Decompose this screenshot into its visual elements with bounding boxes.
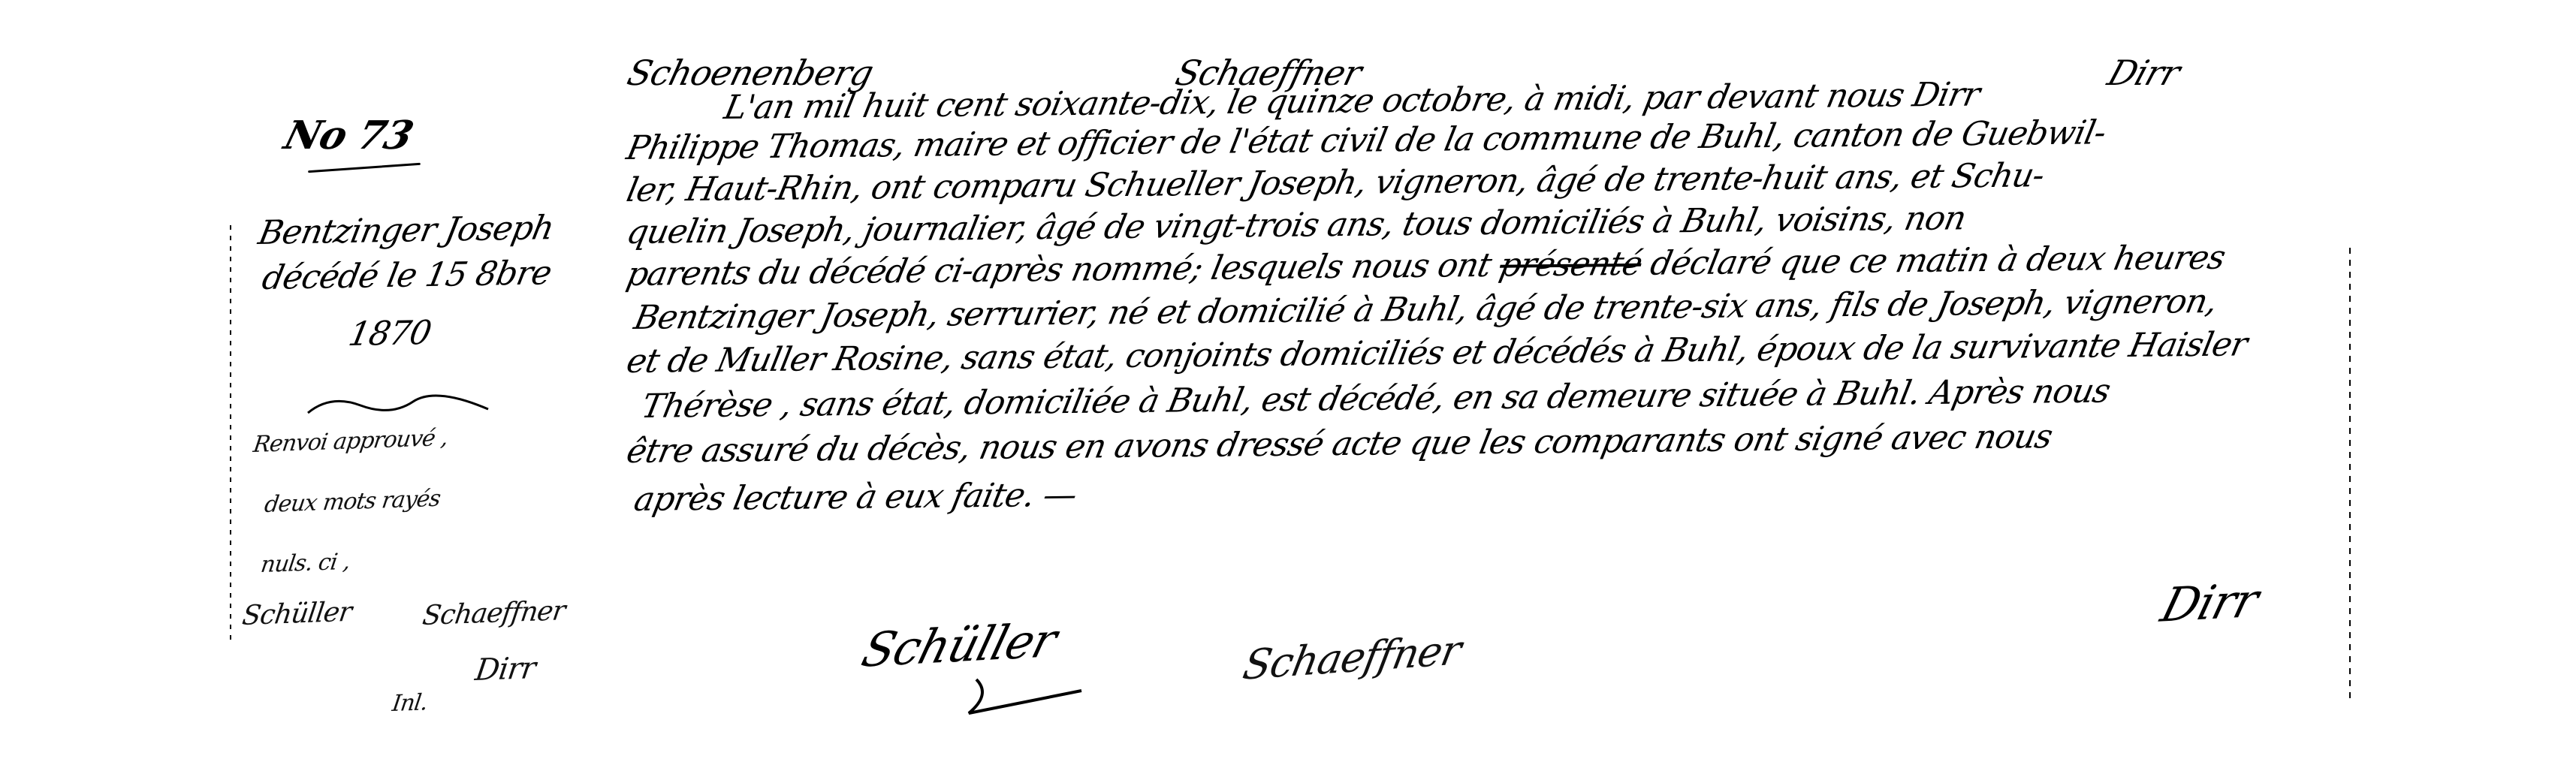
record-number-underline: [308, 163, 421, 173]
page-frame-right-edge: [2349, 248, 2351, 698]
signature-mayor-dirr: Dirr: [2155, 572, 2264, 633]
margin-note-null: nuls. ci ,: [259, 549, 351, 578]
margin-year: 1870: [345, 314, 434, 354]
body-line-5-end: déclaré que ce matin à deux heures: [1647, 239, 2228, 283]
margin-deceased-name: Bentzinger Joseph: [255, 209, 557, 252]
record-number: No 73: [279, 113, 418, 158]
body-line-5-start: parents du décédé ci-après nommé; lesque…: [623, 246, 1495, 294]
margin-death-date: décédé le 15 8bre: [259, 254, 554, 297]
body-line-10: après lecture à eux faite. —: [631, 476, 1080, 519]
margin-signature-schuller: Schüller: [240, 597, 353, 631]
top-fragment-signature-right: Dirr: [2103, 53, 2185, 93]
body-line-8: Thérèse , sans état, domiciliée à Buhl, …: [638, 372, 2113, 426]
struck-word: présenté: [1496, 245, 1645, 285]
margin-initials: Inl.: [391, 689, 429, 717]
scanned-record-page: Schoenenberg Schaeffner Dirr No 73 Bentz…: [0, 0, 2576, 774]
margin-flourish: [300, 390, 496, 420]
signature-witness-schaeffner: Schaeffner: [1239, 626, 1464, 689]
margin-note-renvoi: Renvoi approuvé ,: [252, 425, 449, 458]
margin-signature-dirr: Dirr: [473, 651, 538, 688]
margin-signature-schaeffner: Schaeffner: [421, 595, 567, 631]
margin-note-words-struck: deux mots rayés: [263, 486, 442, 518]
body-line-9: être assuré du décès, nous en avons dres…: [623, 417, 2056, 471]
signature-flourish: [961, 676, 1089, 721]
page-frame-left-edge: [230, 225, 231, 646]
signature-witness-schuller: Schüller: [856, 613, 1063, 678]
